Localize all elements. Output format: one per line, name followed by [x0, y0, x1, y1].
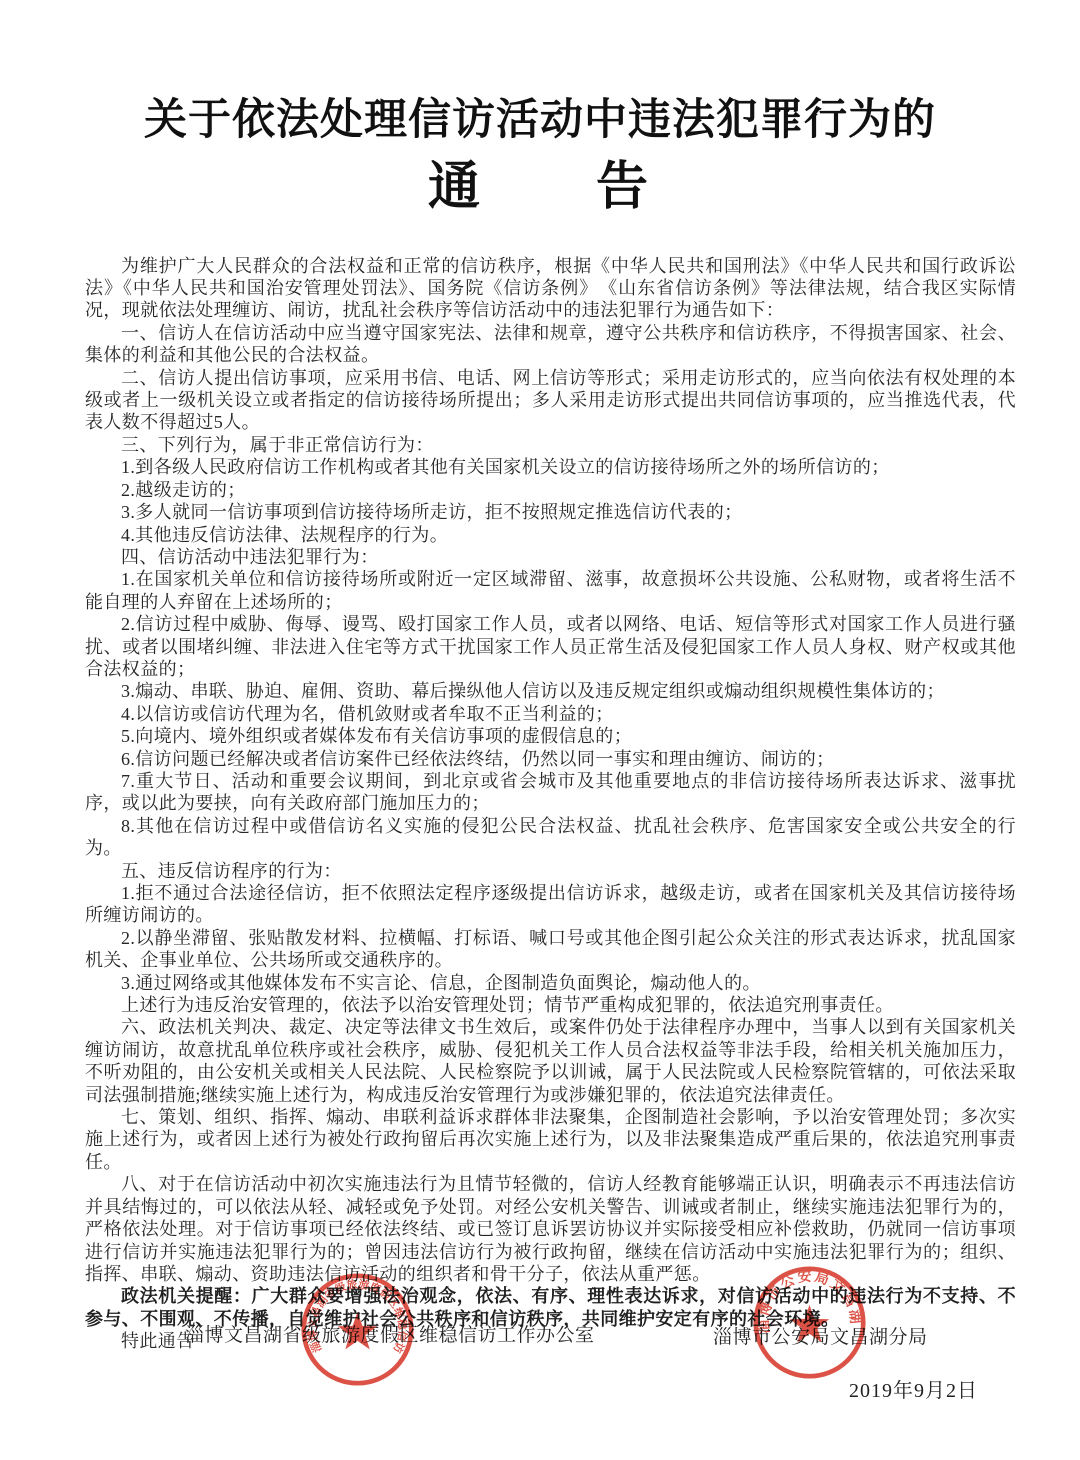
paragraph: 4.其他违反信访法律、法规程序的行为。	[85, 524, 1016, 546]
paragraph: 7.重大节日、活动和重要会议期间，到北京或省会城市及其他重要地点的非信访接待场所…	[85, 770, 1016, 815]
document-body: 为维护广大人民群众的合法权益和正常的信访秩序，根据《中华人民共和国刑法》《中华人…	[0, 255, 1080, 1353]
paragraph: 2.越级走访的；	[85, 479, 1016, 501]
paragraph: 1.拒不通过合法途径信访，拒不依照法定程序逐级提出信访诉求，越级走访，或者在国家…	[85, 882, 1016, 927]
notice-document: 关于依法处理信访活动中违法犯罪行为的 通 告 为维护广大人民群众的合法权益和正常…	[0, 0, 1080, 1460]
paragraph: 一、信访人在信访活动中应当遵守国家宪法、法律和规章，遵守公共秩序和信访秩序，不得…	[85, 322, 1016, 367]
paragraph: 4.以信访或信访代理为名，借机敛财或者牟取不正当利益的；	[85, 703, 1016, 725]
document-title-line1: 关于依法处理信访活动中违法犯罪行为的	[0, 96, 1080, 145]
seal-star-left-icon	[338, 1312, 377, 1349]
paragraph: 二、信访人提出信访事项，应采用书信、电话、网上信访等形式；采用走访形式的，应当向…	[85, 367, 1016, 434]
paragraph: 3.通过网络或其他媒体发布不实言论、信息，企图制造负面舆论，煽动他人的。	[85, 972, 1016, 994]
paragraph: 六、政法机关判决、裁定、决定等法律文书生效后，或案件仍处于法律程序办理中，当事人…	[85, 1016, 1016, 1106]
paragraph: 2.信访过程中威胁、侮辱、谩骂、殴打国家工作人员，或者以网络、电话、短信等形式对…	[85, 613, 1016, 680]
document-title-line2: 通 告	[0, 159, 1080, 216]
paragraph: 上述行为违反治安管理的，依法予以治安管理处罚；情节严重构成犯罪的，依法追究刑事责…	[85, 994, 1016, 1016]
paragraph: 5.向境内、境外组织或者媒体发布有关信访事项的虚假信息的；	[85, 725, 1016, 747]
seal-text-left: 淄博文昌湖省级旅游度假区维稳信访工作办公室	[280, 1252, 410, 1356]
paragraph: 3.煽动、串联、胁迫、雇佣、资助、幕后操纵他人信访以及违反规定组织或煽动组织规模…	[85, 680, 1016, 702]
svg-text:淄博文昌湖省级旅游度假区维稳信访工作办公室: 淄博文昌湖省级旅游度假区维稳信访工作办公室	[280, 1252, 410, 1356]
paragraph: 五、违反信访程序的行为：	[85, 860, 1016, 882]
paragraph: 1.到各级人民政府信访工作机构或者其他有关国家机关设立的信访接待场所之外的场所信…	[85, 456, 1016, 478]
paragraph: 三、下列行为，属于非正常信访行为：	[85, 434, 1016, 456]
paragraph: 1.在国家机关单位和信访接待场所或附近一定区域滞留、滋事，故意损坏公共设施、公私…	[85, 568, 1016, 613]
official-seal-right-icon: 淄博市公安局文昌湖分局	[732, 1245, 887, 1400]
official-seal-left-icon: 淄博文昌湖省级旅游度假区维稳信访工作办公室	[280, 1252, 435, 1407]
paragraph: 七、策划、组织、指挥、煽动、串联利益诉求群体非法聚集，企图制造社会影响，予以治安…	[85, 1106, 1016, 1173]
paragraph: 为维护广大人民群众的合法权益和正常的信访秩序，根据《中华人民共和国刑法》《中华人…	[85, 255, 1016, 322]
paragraph: 四、信访活动中违法犯罪行为：	[85, 546, 1016, 568]
paragraph: 3.多人就同一信访事项到信访接待场所走访，拒不按照规定推选信访代表的；	[85, 501, 1016, 523]
paragraph: 2.以静坐滞留、张贴散发材料、拉横幅、打标语、喊口号或其他企图引起公众关注的形式…	[85, 927, 1016, 972]
paragraph: 8.其他在信访过程中或借信访名义实施的侵犯公民合法权益、扰乱社会秩序、危害国家安…	[85, 815, 1016, 860]
paragraph: 6.信访问题已经解决或者信访案件已经依法终结，仍然以同一事实和理由缠访、闹访的；	[85, 748, 1016, 770]
title-block: 关于依法处理信访活动中违法犯罪行为的 通 告	[0, 96, 1080, 217]
seal-star-right-icon	[790, 1305, 829, 1342]
